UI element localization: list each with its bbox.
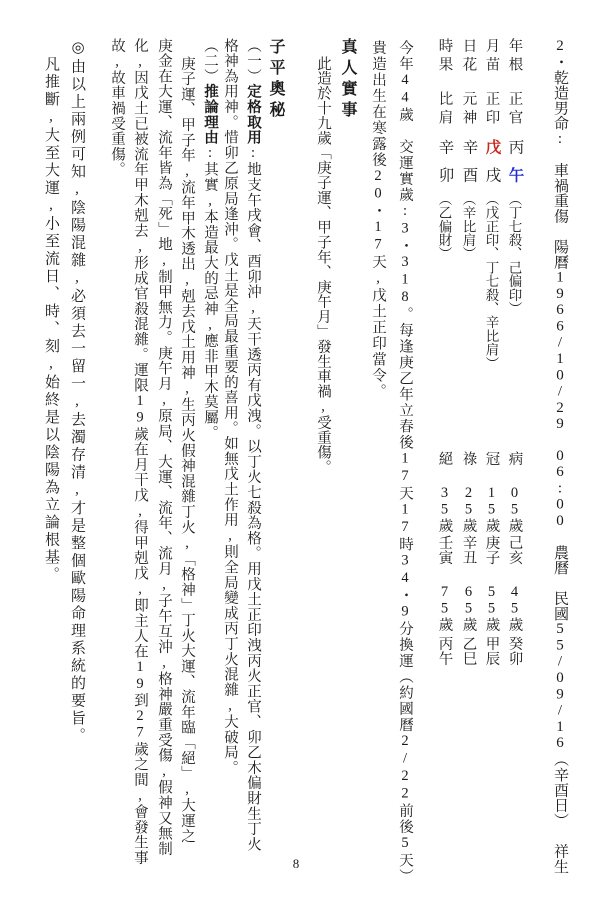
point2-text: :其實,本造最大的忌神,應非甲木莫屬。 <box>202 145 218 440</box>
secrets-point2-column2: 庚子運、甲子年,流年甲木透出,剋去戊土用神,生丙火假神混雜丁火,「格神」丁火大運… <box>175 56 194 868</box>
secrets-point2-column3: 庚金在大運、流年皆為「死」地,制甲無力。庚午月,原局、大運、流年、流月,子午互沖… <box>152 38 171 878</box>
luck-pillar-1: 辛丑 <box>461 535 476 565</box>
conclusion-column2: 凡推斷,大至大運,小至流日、時、刻,始終是以陰陽為立論根基。 <box>39 56 58 868</box>
pillar-branch: 卯 <box>437 167 453 183</box>
secrets-point2-column5: 故,故車禍受重傷。 <box>105 38 124 878</box>
page-number: 8 <box>284 856 308 872</box>
pillar-label: 時果 <box>437 38 452 75</box>
pillar-life-stage: 祿 <box>461 451 476 466</box>
birth-note-column: 貴造出生在寒露後20・17天,戊土正印當令。 <box>366 40 385 880</box>
secrets-point2-column4: 化,因戊土已被流年甲木剋去,形成官殺混雜。運限19歲在月干戊,得甲剋戊,即主人在… <box>128 38 147 878</box>
pillar-label: 年根 <box>507 38 522 75</box>
pillar-life-stage: 絕 <box>437 451 452 466</box>
pillar-ten-god: 元神 <box>461 91 476 128</box>
luck-pillar-2: 癸卯 <box>507 636 522 666</box>
pillar-hidden-stems: ︵丁七殺、己偏印︶ <box>507 192 521 315</box>
secrets-point1-column1: ︵一︶定格取用:地支午戌會、酉卯沖,天干透丙有戊洩。以丁火七殺為格。用戊土正印洩… <box>241 38 260 878</box>
secrets-point2-column1: ︵二︶推論理由:其實,本造最大的忌神,應非甲木莫屬。 <box>198 38 217 878</box>
luck-age-2: 55歲 <box>484 584 499 632</box>
real-story-heading: 真人實事 <box>336 38 355 878</box>
pillar-ten-god: 正印 <box>484 91 499 128</box>
luck-pillar-2: 丙午 <box>437 636 452 666</box>
point2-bold-title: 推論理由 <box>202 84 218 145</box>
pillar-month-column: 月苗 正印 戊 戌 ︵戊正印、丁七殺、辛比肩︶ 冠 15歲 庚子 55歲 甲辰 <box>484 38 503 718</box>
luck-pillar-2: 乙巳 <box>461 636 476 666</box>
luck-pillar-1: 壬寅 <box>437 535 452 565</box>
secrets-point1-column2: 格神為用神。惜卯乙原局逢沖。戊土是全局最重要的喜用。如無戊土作用,則全局變成丙丁… <box>218 38 237 878</box>
luck-age-1: 15歲 <box>484 485 499 533</box>
luck-age-2: 65歲 <box>461 584 476 632</box>
pillar-stem: 辛 <box>437 139 453 155</box>
luck-age-1: 25歲 <box>461 485 476 533</box>
pillar-stem: 丙 <box>507 139 523 155</box>
luck-pillar-1: 己亥 <box>507 535 522 565</box>
secrets-heading: 子平奧秘 <box>264 38 283 878</box>
pillar-stem: 辛 <box>461 139 477 155</box>
pillar-hour-column: 時果 比肩 辛 卯 ︵乙偏財︶ 絕 35歲 壬寅 75歲 丙午 <box>437 38 456 718</box>
pillar-ten-god: 正官 <box>507 91 522 128</box>
luck-pillar-2: 甲辰 <box>484 636 499 666</box>
pillar-life-stage: 冠 <box>484 451 499 466</box>
pillar-hidden-stems: ︵戊正印、丁七殺、辛比肩︶ <box>484 192 498 370</box>
point1-number: ︵一︶ <box>245 38 261 84</box>
case-title-column: 2・乾造男命: 車禍重傷 陽曆1966/10/29 06:00 農曆 民國55/… <box>548 38 567 878</box>
luck-age-1: 35歲 <box>437 485 452 533</box>
pillar-ten-god: 比肩 <box>437 91 452 128</box>
pillar-year-column: 年根 正官 丙 午 ︵丁七殺、己偏印︶ 病 05歲 己亥 45歲 癸卯 <box>507 38 526 718</box>
point2-number: ︵二︶ <box>202 38 218 84</box>
luck-pillar-1: 庚子 <box>484 535 499 565</box>
luck-age-1: 05歲 <box>507 485 522 533</box>
pillar-day-column: 日花 元神 辛 酉 ︵辛比肩︶ 祿 25歲 辛丑 65歲 乙巳 <box>461 38 480 718</box>
book-page: 2・乾造男命: 車禍重傷 陽曆1966/10/29 06:00 農曆 民國55/… <box>0 0 596 906</box>
point1-bold-title: 定格取用 <box>245 84 261 145</box>
pillar-branch-highlighted: 午 <box>507 167 523 183</box>
pillar-branch: 酉 <box>461 167 477 183</box>
pillar-label: 日花 <box>461 38 476 75</box>
pillar-life-stage: 病 <box>507 451 522 466</box>
pillar-stem-highlighted: 戊 <box>484 139 500 155</box>
luck-age-2: 45歲 <box>507 584 522 632</box>
pillar-hidden-stems: ︵辛比肩︶ <box>461 192 475 261</box>
conclusion-column1: ◎由以上兩例可知,陰陽混雜,必須去一留一,去濁存清,才是整個歐陽命理系統的要旨。 <box>65 38 84 878</box>
pillar-branch: 戌 <box>484 167 500 183</box>
pillar-hidden-stems: ︵乙偏財︶ <box>437 192 451 261</box>
point1-text: :地支午戌會、酉卯沖,天干透丙有戊洩。以丁火七殺為格。用戊土正印洩丙火正官、卯乙… <box>245 145 261 852</box>
luck-age-2: 75歲 <box>437 584 452 632</box>
current-age-column: 今年44歲 交運實歲:3・318。每逢庚乙年立春後17天17時34・9分換運︵約… <box>393 40 412 880</box>
pillar-label: 月苗 <box>484 38 499 75</box>
real-story-body-column: 此造於十九歲「庚子運、甲子年、庚午月」發生車禍,受重傷。 <box>311 56 330 868</box>
